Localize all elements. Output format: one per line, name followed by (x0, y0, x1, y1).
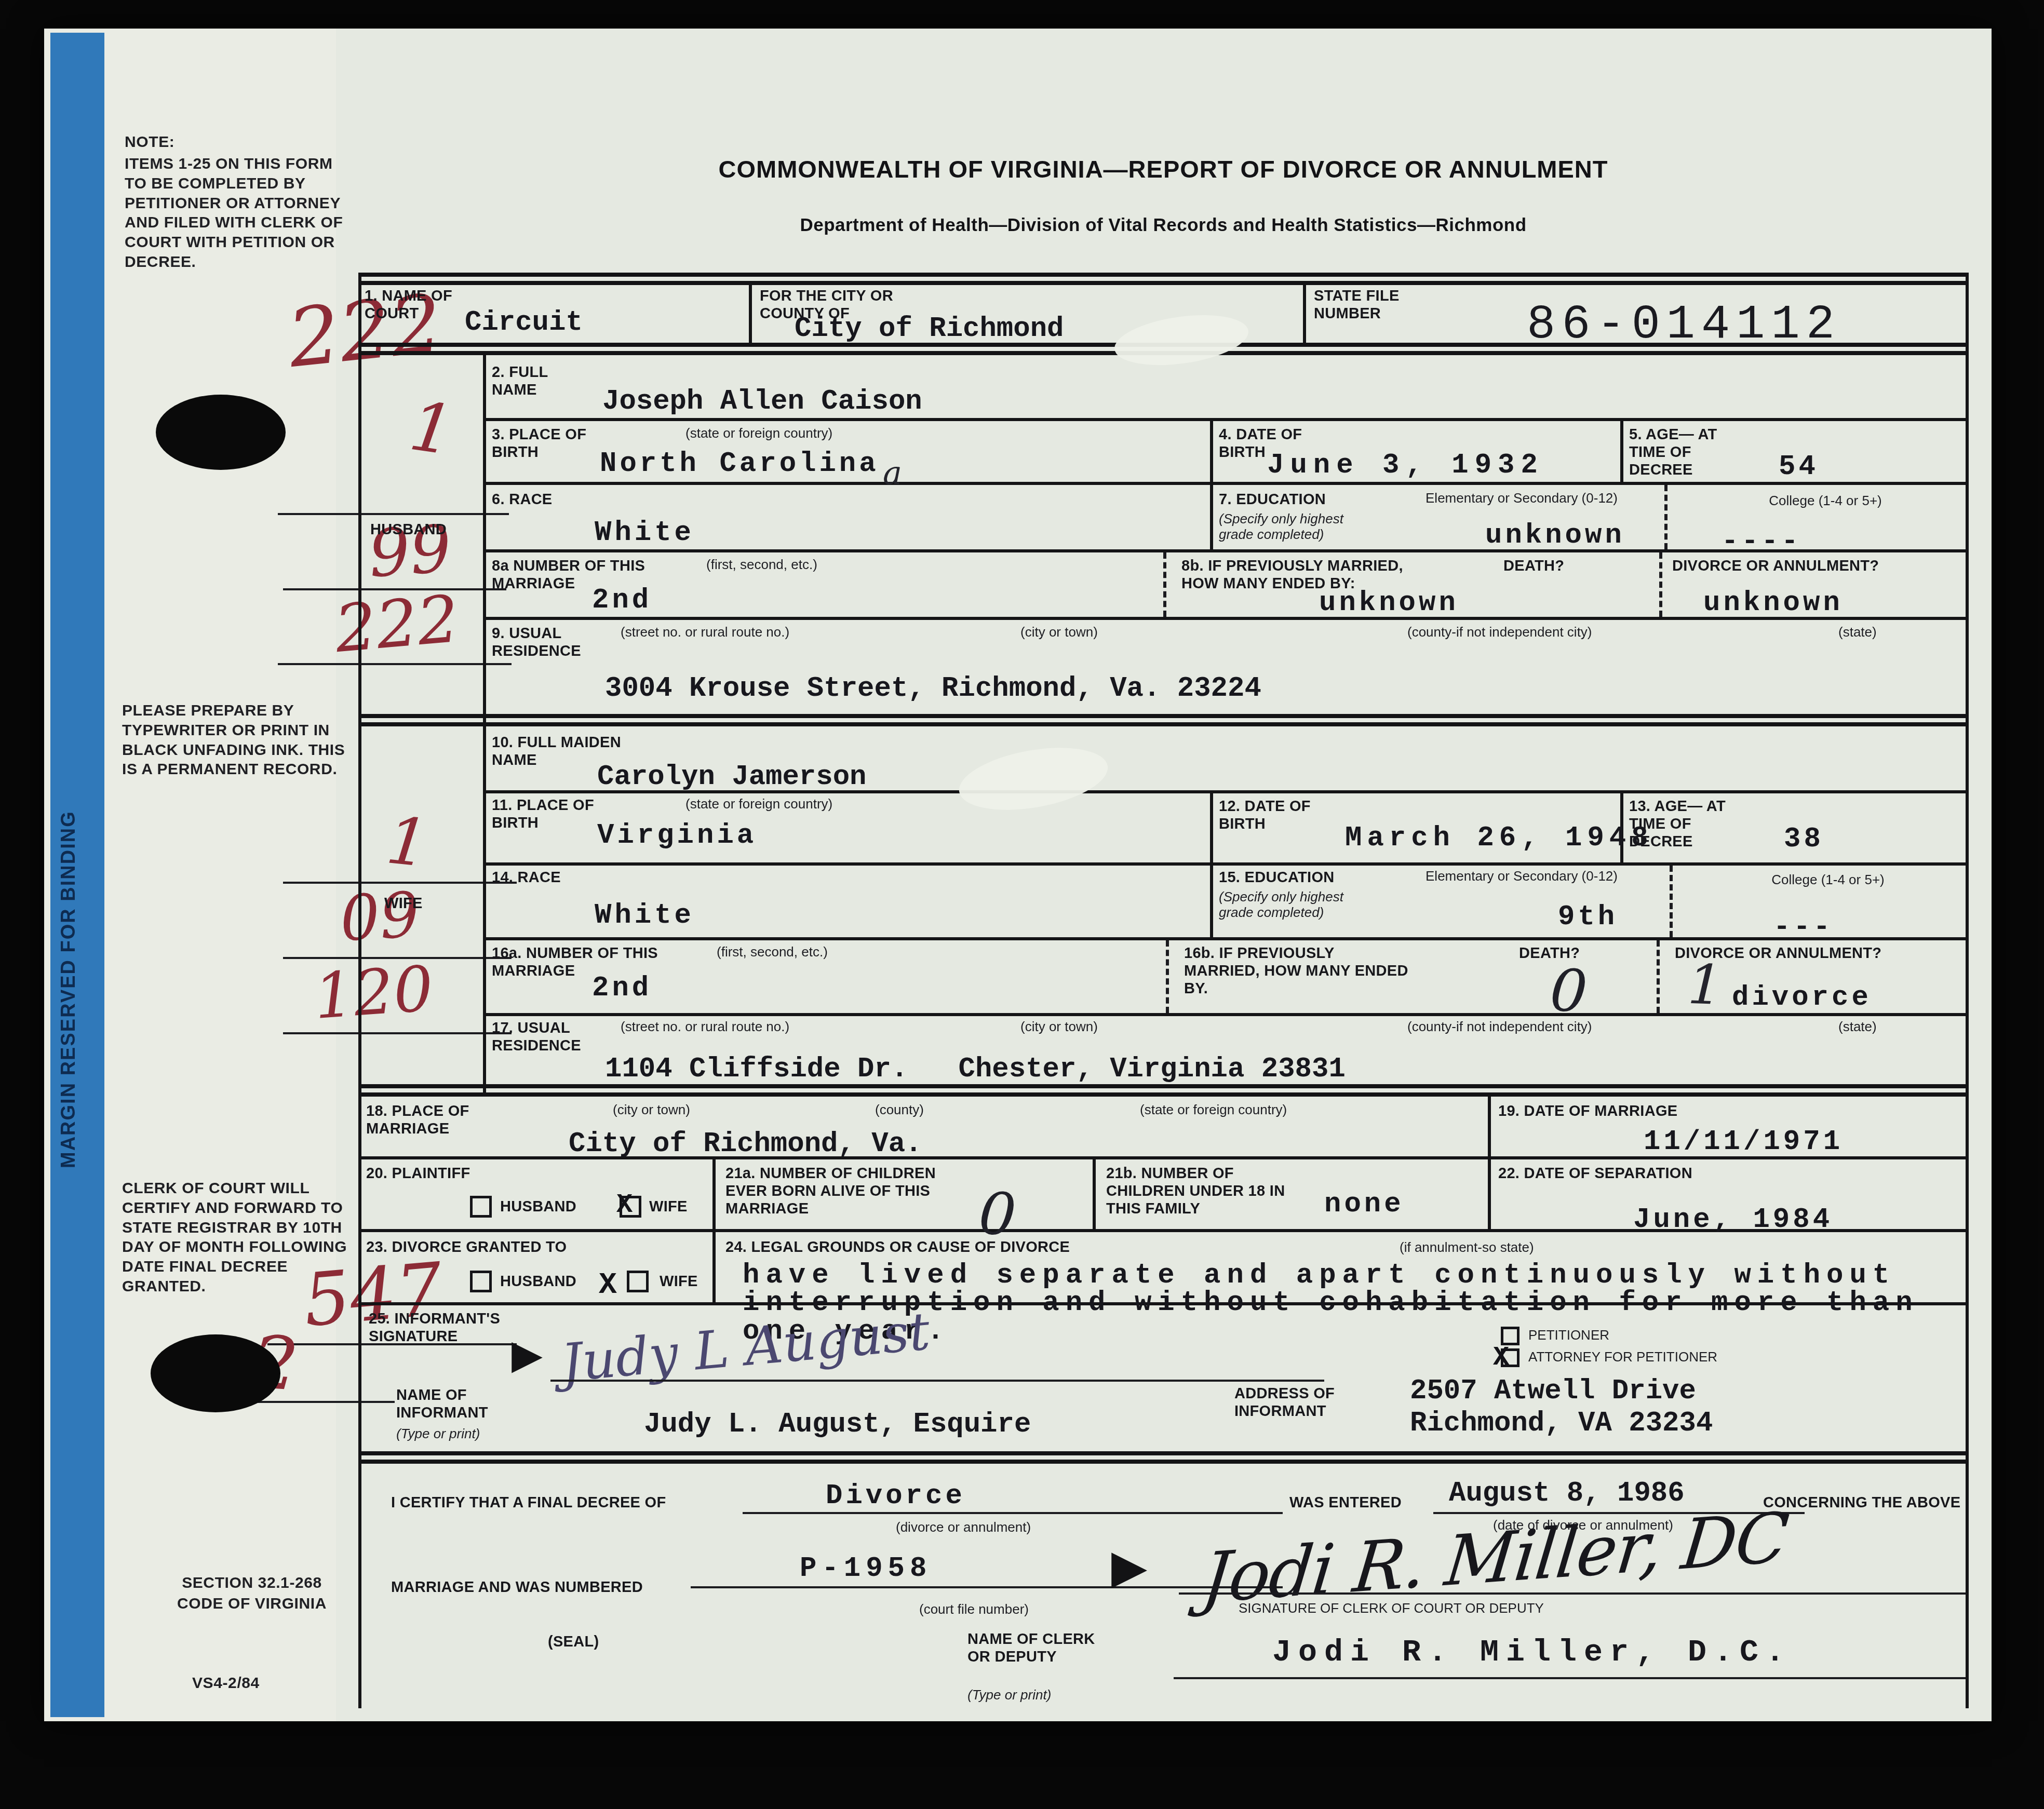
rule-top (358, 273, 1968, 285)
wife-dob-label: 12. DATE OF BIRTH (1219, 798, 1333, 833)
husband-edu-label: 7. EDUCATION (1219, 491, 1326, 508)
granted-husband-checkbox (470, 1271, 492, 1292)
field-court-value: Circuit (465, 309, 583, 337)
clerk-signature-arrow-icon: ▶ (1111, 1544, 1147, 1590)
husband-death-label: DEATH? (1503, 557, 1564, 575)
wife-prev-div-value: divorce (1732, 984, 1872, 1012)
husband-edu-college-value: ---- (1722, 528, 1801, 556)
wife-res-hint-state: (state) (1838, 1019, 1877, 1035)
wife-band-label: WIFE (384, 895, 423, 912)
wife-res-hint-city: (city or town) (1020, 1019, 1098, 1035)
plaintiff-wife-x-mark: X (616, 1192, 633, 1219)
marriage-place-label: 18. PLACE OF MARRIAGE (366, 1102, 512, 1138)
wife-residence-value: 1104 Cliffside Dr. Chester, Virginia 238… (605, 1056, 1346, 1084)
binding-label: MARGIN RESERVED FOR BINDING (58, 685, 80, 1168)
husband-age-label: 5. AGE— AT TIME OF DECREE (1629, 426, 1733, 479)
handwritten-red-222b: 222 (332, 587, 462, 662)
grounds-hint: (if annulment-so state) (1400, 1240, 1534, 1255)
rule-informant-bottom (358, 1451, 1968, 1464)
paper: MARGIN RESERVED FOR BINDING NOTE: ITEMS … (44, 29, 1992, 1721)
clerk-signature-caption: SIGNATURE OF CLERK OF COURT OR DEPUTY (1239, 1601, 1544, 1616)
form-title: COMMONWEALTH OF VIRGINIA—REPORT OF DIVOR… (358, 155, 1968, 184)
informant-name-label: NAME OF INFORMANT (396, 1386, 510, 1422)
husband-residence-value: 3004 Krouse Street, Richmond, Va. 23224 (605, 675, 1261, 703)
clerk-signature-handwriting: Jodi R. Miller, DC (1199, 1503, 1791, 1613)
granted-wife-checkbox (627, 1271, 649, 1292)
wife-race-value: White (595, 902, 694, 930)
certify-file-number: P-1958 (800, 1555, 932, 1583)
husband-band-label: HUSBAND (370, 521, 447, 538)
divider (749, 283, 752, 344)
clerk-name-label: NAME OF CLERK OR DEPUTY (967, 1630, 1097, 1666)
wife-edu-elem-label: Elementary or Secondary (0-12) (1407, 869, 1636, 884)
grounds-line1: have lived separate and apart continuous… (743, 1262, 1895, 1290)
divider (1093, 1159, 1096, 1229)
margin-note-head: NOTE: (125, 132, 353, 152)
border-right (1966, 273, 1969, 1708)
petitioner-label: PETITIONER (1528, 1328, 1609, 1343)
informant-addr-line2: Richmond, VA 23234 (1410, 1410, 1713, 1438)
marriage-date-label: 19. DATE OF MARRIAGE (1498, 1102, 1789, 1120)
wife-prev-div-count-mark: 1 (1687, 957, 1723, 1013)
wife-edu-elem-value: 9th (1558, 903, 1618, 932)
field-court-label: 1. NAME OF COURT (365, 287, 468, 322)
state-file-number: 86-014112 (1527, 301, 1841, 349)
husband-prev-div-value: unknown (1703, 589, 1843, 617)
form-code: VS4-2/84 (192, 1673, 348, 1693)
certify-decree-rule (743, 1512, 1283, 1514)
field-city-county-value: City of Richmond (795, 315, 1064, 343)
husband-band-divider (483, 355, 486, 726)
divider (1210, 485, 1213, 549)
husband-birthplace-hint: (state or foreign country) (685, 426, 832, 441)
husband-birthplace-handwritten-a: a (883, 457, 902, 489)
marriage-date-value: 11/11/1971 (1644, 1128, 1843, 1156)
attorney-label: ATTORNEY FOR PETITIONER (1528, 1349, 1717, 1365)
plaintiff-wife-option: WIFE (649, 1198, 688, 1216)
divider (1488, 1097, 1491, 1229)
margin-rule (278, 663, 512, 665)
grounds-label: 24. LEGAL GROUNDS OR CAUSE OF DIVORCE (725, 1238, 1193, 1256)
husband-res-hint-state: (state) (1838, 625, 1877, 640)
certify-decree-value: Divorce (826, 1482, 965, 1510)
wife-age-value: 38 (1784, 826, 1824, 854)
code-section-line2: CODE OF VIRGINIA (138, 1594, 366, 1614)
wife-edu-college-value: --- (1773, 914, 1833, 942)
seal-label: (SEAL) (548, 1633, 599, 1651)
divider-dashed (1659, 552, 1662, 617)
wife-maiden-value: Carolyn Jamerson (597, 763, 866, 791)
plaintiff-husband-option: HUSBAND (500, 1198, 576, 1216)
border-left (358, 273, 361, 1708)
handwritten-red-1b: 1 (384, 808, 432, 877)
informant-name-value: Judy L. August, Esquire (644, 1411, 1031, 1439)
marriage-hint-state: (state or foreign country) (1140, 1102, 1287, 1118)
wife-residence-label: 17. USUAL RESIDENCE (492, 1019, 622, 1055)
marriage-place-value: City of Richmond, Va. (569, 1130, 922, 1158)
granted-wife-x-mark: X (599, 1271, 617, 1301)
rule (483, 937, 1968, 940)
husband-res-hint-street: (street no. or rural route no.) (621, 625, 789, 640)
wife-res-hint-county: (county-if not independent city) (1407, 1019, 1592, 1035)
clerk-name-rule (1174, 1677, 1966, 1679)
wife-race-label: 14. RACE (492, 869, 561, 886)
marriage-hint-city: (city or town) (613, 1102, 690, 1118)
husband-edu-hint: (Specify only highest grade completed) (1219, 511, 1380, 543)
husband-name-value: Joseph Allen Caison (602, 388, 922, 416)
wife-res-hint-street: (street no. or rural route no.) (621, 1019, 789, 1035)
clerk-signature-rule (1179, 1592, 1966, 1595)
certify-numbered-label: MARRIAGE AND WAS NUMBERED (391, 1578, 703, 1596)
divider-dashed (1163, 552, 1166, 617)
informant-addr-line1: 2507 Atwell Drive (1410, 1378, 1696, 1406)
husband-divann-label: DIVORCE OR ANNULMENT? (1672, 557, 1963, 575)
husband-name-label: 2. FULL NAME (492, 363, 564, 399)
husband-dob-value: June 3, 1932 (1267, 452, 1544, 480)
plaintiff-husband-checkbox (470, 1196, 492, 1218)
separation-label: 22. DATE OF SEPARATION (1498, 1165, 1768, 1182)
certify-post-text: CONCERNING THE ABOVE (1763, 1494, 1971, 1511)
husband-prev-death-value: unknown (1319, 589, 1459, 617)
divider-dashed (1657, 940, 1660, 1013)
wife-prev-married-label: 16b. IF PREVIOUSLY MARRIED, HOW MANY END… (1184, 944, 1413, 998)
clerk-name-hint: (Type or print) (967, 1688, 1051, 1703)
hole-punch-top (156, 395, 286, 470)
divider (1620, 421, 1623, 482)
attorney-x-mark: X (1493, 1344, 1509, 1371)
husband-edu-elem-value: unknown (1485, 522, 1625, 550)
granted-wife-option: WIFE (660, 1273, 698, 1290)
wife-edu-college-label: College (1-4 or 5+) (1758, 872, 1898, 888)
wife-birthplace-value: Virginia (597, 822, 757, 850)
plaintiff-label: 20. PLAINTIFF (366, 1165, 470, 1182)
certify-pre-text: I CERTIFY THAT A FINAL DECREE OF (391, 1494, 755, 1511)
children-under18-value: none (1324, 1191, 1404, 1219)
divider (1303, 283, 1306, 344)
code-section-line1: SECTION 32.1-268 (138, 1573, 366, 1593)
certify-entered-value: August 8, 1986 (1449, 1480, 1685, 1508)
margin-note-typewriter: PLEASE PREPARE BY TYPEWRITER OR PRINT IN… (122, 701, 361, 779)
signature-rule (550, 1380, 1324, 1382)
scan-background: MARGIN RESERVED FOR BINDING NOTE: ITEMS … (0, 0, 2044, 1809)
handwritten-red-1: 1 (406, 392, 458, 465)
children-born-label: 21a. NUMBER OF CHILDREN EVER BORN ALIVE … (725, 1165, 970, 1218)
certify-file-hint: (court file number) (919, 1602, 1029, 1617)
divider-dashed (1664, 485, 1668, 549)
children-under18-label: 21b. NUMBER OF CHILDREN UNDER 18 IN THIS… (1106, 1165, 1314, 1218)
husband-age-value: 54 (1779, 453, 1819, 481)
husband-res-hint-city: (city or town) (1020, 625, 1098, 640)
wife-edu-label: 15. EDUCATION (1219, 869, 1335, 886)
informant-name-hint: (Type or print) (396, 1426, 480, 1442)
granted-label: 23. DIVORCE GRANTED TO (366, 1238, 678, 1256)
whiteout-smudge (954, 738, 1113, 820)
signature-arrow-icon: ▶ (512, 1334, 543, 1375)
rule-husband-wife (358, 714, 1968, 726)
husband-marriage-num-hint: (first, second, etc.) (706, 557, 817, 573)
divider (1210, 866, 1213, 937)
informant-signature-handwriting: Judy L August (559, 1305, 932, 1389)
margin-note-items: ITEMS 1-25 ON THIS FORM TO BE COMPLETED … (125, 154, 356, 272)
husband-birthplace-value: North Carolina (600, 450, 879, 478)
marriage-hint-county: (county) (875, 1102, 924, 1118)
clerk-name-value: Jodi R. Miller, D.C. (1272, 1637, 1792, 1668)
divider (1210, 421, 1213, 482)
rule-wife-marriage (358, 1084, 1968, 1097)
wife-birthplace-hint: (state or foreign country) (685, 797, 832, 812)
husband-edu-elem-label: Elementary or Secondary (0-12) (1407, 491, 1636, 506)
rule (483, 482, 1968, 485)
wife-dob-value: March 26, 1948 (1345, 825, 1653, 853)
divider (712, 1159, 716, 1302)
wife-birthplace-label: 11. PLACE OF BIRTH (492, 797, 606, 832)
wife-prev-death-handwritten: 0 (1548, 961, 1589, 1022)
rule (483, 862, 1968, 866)
margin-rule (283, 1032, 512, 1034)
husband-race-label: 6. RACE (492, 491, 553, 508)
certify-number-rule (691, 1586, 1283, 1588)
informant-addr-label: ADDRESS OF INFORMANT (1234, 1385, 1369, 1420)
field-state-file-label: STATE FILE NUMBER (1314, 287, 1444, 322)
certify-decree-hint: (divorce or annulment) (896, 1520, 1031, 1535)
wife-age-label: 13. AGE— AT TIME OF DECREE (1629, 798, 1738, 851)
informant-signature-label: 25. INFORMANT'S SIGNATURE (369, 1310, 530, 1345)
husband-res-hint-county: (county-if not independent city) (1407, 625, 1592, 640)
whiteout-smudge (1111, 307, 1252, 372)
wife-marriage-num-hint: (first, second, etc.) (717, 944, 828, 960)
certify-entered-label: WAS ENTERED (1289, 1494, 1402, 1511)
wife-band-divider (483, 726, 486, 1097)
husband-edu-college-label: College (1-4 or 5+) (1753, 493, 1898, 509)
wife-edu-hint: (Specify only highest grade completed) (1219, 889, 1380, 921)
wife-marriage-num-value: 2nd (592, 975, 652, 1003)
husband-residence-label: 9. USUAL RESIDENCE (492, 625, 622, 660)
handwritten-red-120: 120 (312, 958, 435, 1029)
divider-dashed (1670, 866, 1673, 937)
form-subtitle: Department of Health—Division of Vital R… (358, 214, 1968, 236)
divider-dashed (1166, 940, 1169, 1013)
husband-birthplace-label: 3. PLACE OF BIRTH (492, 426, 601, 461)
husband-race-value: White (595, 519, 694, 547)
divider (1210, 793, 1213, 862)
hole-punch-bottom (151, 1334, 280, 1412)
rule (483, 418, 1968, 421)
husband-marriage-num-value: 2nd (592, 587, 652, 615)
separation-value: June, 1984 (1633, 1206, 1833, 1234)
granted-husband-option: HUSBAND (500, 1273, 576, 1290)
children-born-handwritten: 0 (977, 1184, 1018, 1245)
